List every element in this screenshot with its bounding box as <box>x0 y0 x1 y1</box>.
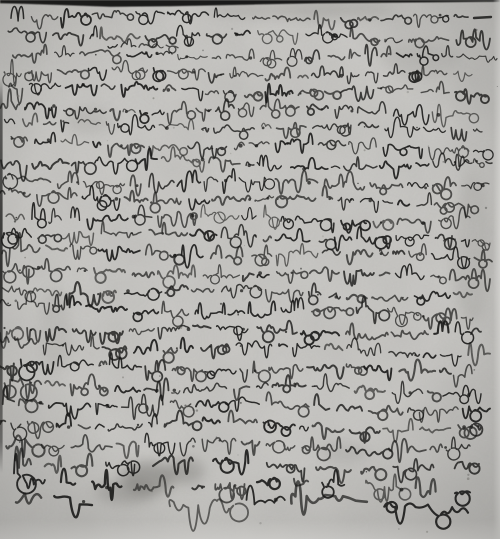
scan-vignette <box>0 0 500 539</box>
manuscript-render <box>0 0 500 539</box>
manuscript-scan <box>0 0 500 539</box>
